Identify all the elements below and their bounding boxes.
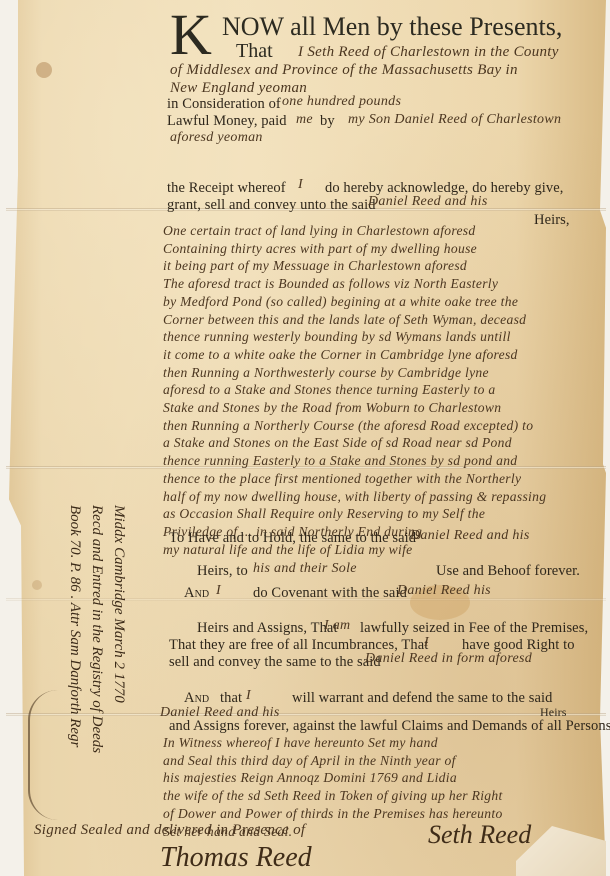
payer-cont: aforesd yeoman — [170, 130, 263, 146]
covenant-and: And — [184, 585, 209, 602]
consideration-label: in Consideration of — [167, 96, 281, 113]
witness-signature: Thomas Reed — [160, 842, 312, 874]
warranty-text: will warrant and defend the same to the … — [292, 690, 552, 707]
habendum-hand: Daniel Reed and his — [410, 528, 530, 544]
grantee-hand: Daniel Reed and his — [368, 194, 488, 210]
grantor-signature: Seth Reed — [428, 820, 531, 850]
receipt-hand: I — [298, 177, 303, 193]
sell-convey-text: sell and convey the same to the said — [169, 654, 381, 671]
grant-text: grant, sell and convey unto the said — [167, 197, 376, 214]
registrar-flourish — [28, 690, 90, 820]
covenant-hand-2: Daniel Reed his — [397, 583, 491, 599]
lawful-money-label: Lawful Money, paid — [167, 113, 287, 130]
receipt-text-a: the Receipt whereof — [167, 180, 286, 197]
covenant-hand-5: Daniel Reed in form aforesd — [365, 651, 532, 667]
decorative-initial: K — [170, 6, 212, 64]
consideration-amount: one hundred pounds — [282, 94, 401, 110]
grantor-line-2: of Middlesex and Province of the Massach… — [170, 62, 518, 79]
by-label: by — [320, 113, 335, 130]
seized-text: lawfully seized in Fee of the Premises, — [360, 620, 588, 637]
grantor-line-1: I Seth Reed of Charlestown in the County — [298, 44, 559, 61]
covenant-hand-3: I am — [324, 618, 350, 634]
use-behoof-text: Use and Behoof forever. — [436, 563, 580, 580]
payer-name: my Son Daniel Reed of Charlestown — [348, 112, 561, 128]
warranty-hand-1: I — [246, 688, 251, 704]
covenant-text: do Covenant with the said — [253, 585, 407, 602]
covenant-hand-4: I — [424, 635, 429, 651]
ink-stain — [36, 62, 52, 78]
habendum-text: To Have and to Hold, the same to the sai… — [169, 530, 416, 547]
heirs-assigns-text: Heirs and Assigns, That — [197, 620, 338, 637]
land-description: One certain tract of land lying in Charl… — [163, 222, 593, 558]
heirs-to-label: Heirs, to — [197, 563, 248, 580]
habendum-hand-2: his and their Sole — [253, 561, 357, 577]
deed-title: NOW all Men by these Presents, — [222, 12, 562, 42]
paid-to: me — [296, 112, 313, 128]
that-label: That — [236, 40, 273, 63]
covenant-hand-1: I — [216, 583, 221, 599]
warranty-text-3: and Assigns forever, against the lawful … — [169, 718, 610, 735]
